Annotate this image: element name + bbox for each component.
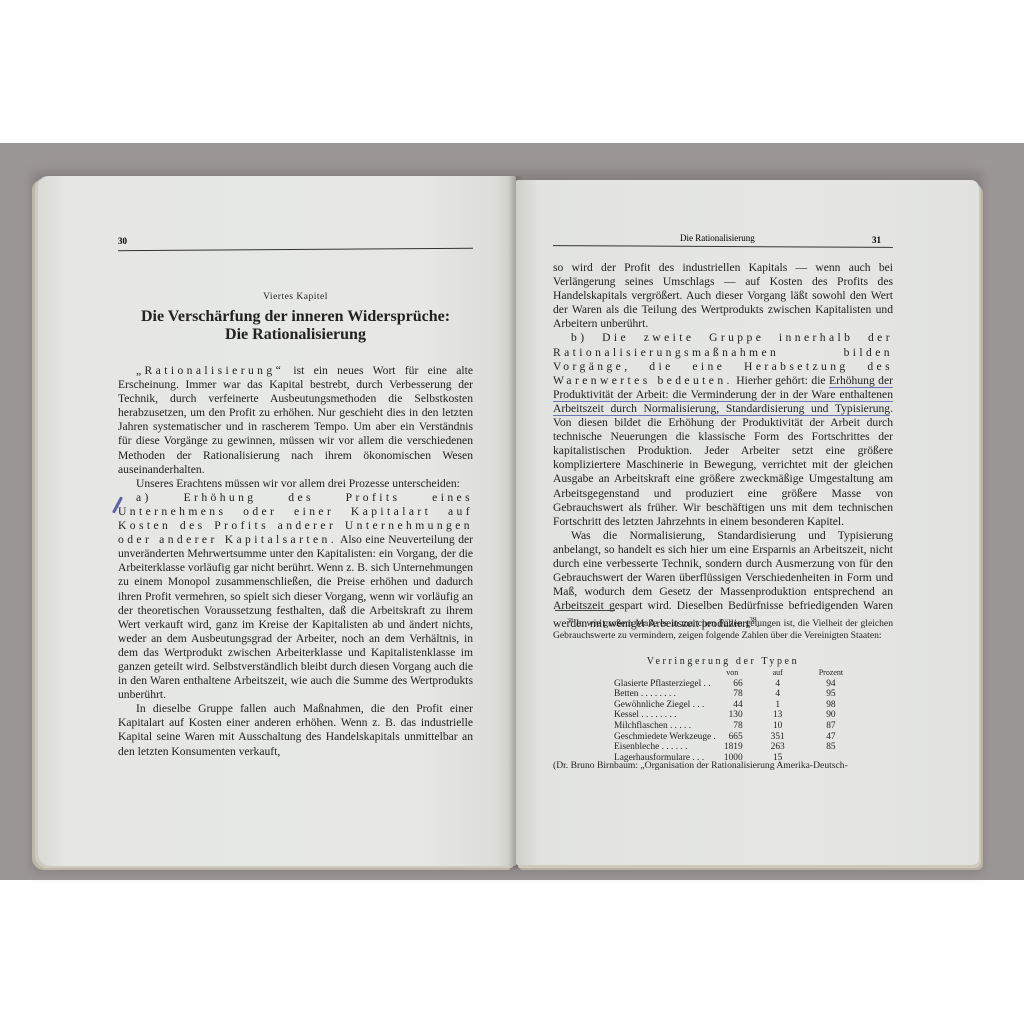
table-cell: 66 [720,679,747,690]
table-row: Milchflaschen . . . . .781087 [610,721,847,732]
table-row: Kessel . . . . . . . .1301390 [610,710,847,721]
paragraph: so wird der Profit des industriellen Kap… [553,261,893,331]
column-header: auf [747,668,789,679]
table-header-row: vonaufProzent [610,668,847,679]
table-cell: 47 [789,732,847,743]
table-cell: 665 [720,732,747,743]
table-cell: 4 [747,679,789,690]
table-cell: 78 [720,721,747,732]
table-cell: 351 [747,732,789,743]
table-cell: 95 [789,689,847,700]
table-cell: 87 [789,721,847,732]
paragraph: a) Erhöhung des Profits eines Unternehme… [118,491,473,702]
paragraph: b) Die zweite Gruppe innerhalb der Ratio… [553,331,893,528]
table-cell: 94 [789,679,847,690]
table-cell: 10 [747,721,789,732]
paragraph: In dieselbe Gruppe fallen auch Maßnahmen… [118,702,473,758]
column-header: Prozent [789,668,847,679]
table-cell: 263 [747,742,789,753]
table-cell: Betten . . . . . . . . [610,689,720,700]
chapter-title-line1: Die Verschärfung der inneren Widersprüch… [118,308,473,326]
column-header: von [720,668,747,679]
table-cell: Gewöhnliche Ziegel . . . [610,700,720,711]
table-cell: 1 [747,700,789,711]
table-row: Betten . . . . . . . .78495 [610,689,847,700]
right-page-number: 31 [872,235,881,245]
table-row: Geschmiedete Werkzeuge .66535147 [610,732,847,743]
chapter-label: Viertes Kapitel [118,290,473,304]
table-cell: 85 [789,742,847,753]
table-title: Verringerung der Typen [553,656,893,667]
table-cell: Geschmiedete Werkzeuge . [610,732,720,743]
table-row: Gewöhnliche Ziegel . . .44198 [610,700,847,711]
table-cell: 13 [747,710,789,721]
table-cell: Glasierte Pflasterziegel . . [610,679,720,690]
table-cell: 78 [720,689,747,700]
left-page-number: 30 [118,236,127,246]
footnote-source: (Dr. Bruno Birnbaum: „Organisation der R… [553,760,898,771]
table-cell: Kessel . . . . . . . . [610,710,720,721]
table-cell: 44 [720,700,747,711]
right-body: so wird der Profit des industriellen Kap… [553,261,893,631]
left-body: „Rationalisierung“ ist ein neues Wort fü… [118,364,473,759]
table-cell: 1819 [720,742,747,753]
table-row: Eisenbleche . . . . . .181926385 [610,742,847,753]
table-row: Glasierte Pflasterziegel . .66494 [610,679,847,690]
column-header [610,668,720,679]
paragraph: „Rationalisierung“ ist ein neues Wort fü… [118,364,473,477]
table-cell: 90 [789,710,847,721]
chapter-heading: Viertes Kapitel Die Verschärfung der inn… [118,290,473,344]
footnote-rule [555,610,615,611]
running-head: Die Rationalisierung [680,233,755,243]
chapter-title-line2: Die Rationalisierung [118,326,473,344]
table-cell: 98 [789,700,847,711]
table-cell: 130 [720,710,747,721]
paragraph: Unseres Erachtens müssen wir vor allem d… [118,477,473,491]
footnote: 38 In wie großem Maße es in manchen Fäll… [553,616,893,641]
table-cell: Milchflaschen . . . . . [610,721,720,732]
table-cell: Eisenbleche . . . . . . [610,742,720,753]
table-cell: 4 [747,689,789,700]
types-table: vonaufProzentGlasierte Pflasterziegel . … [610,668,847,763]
